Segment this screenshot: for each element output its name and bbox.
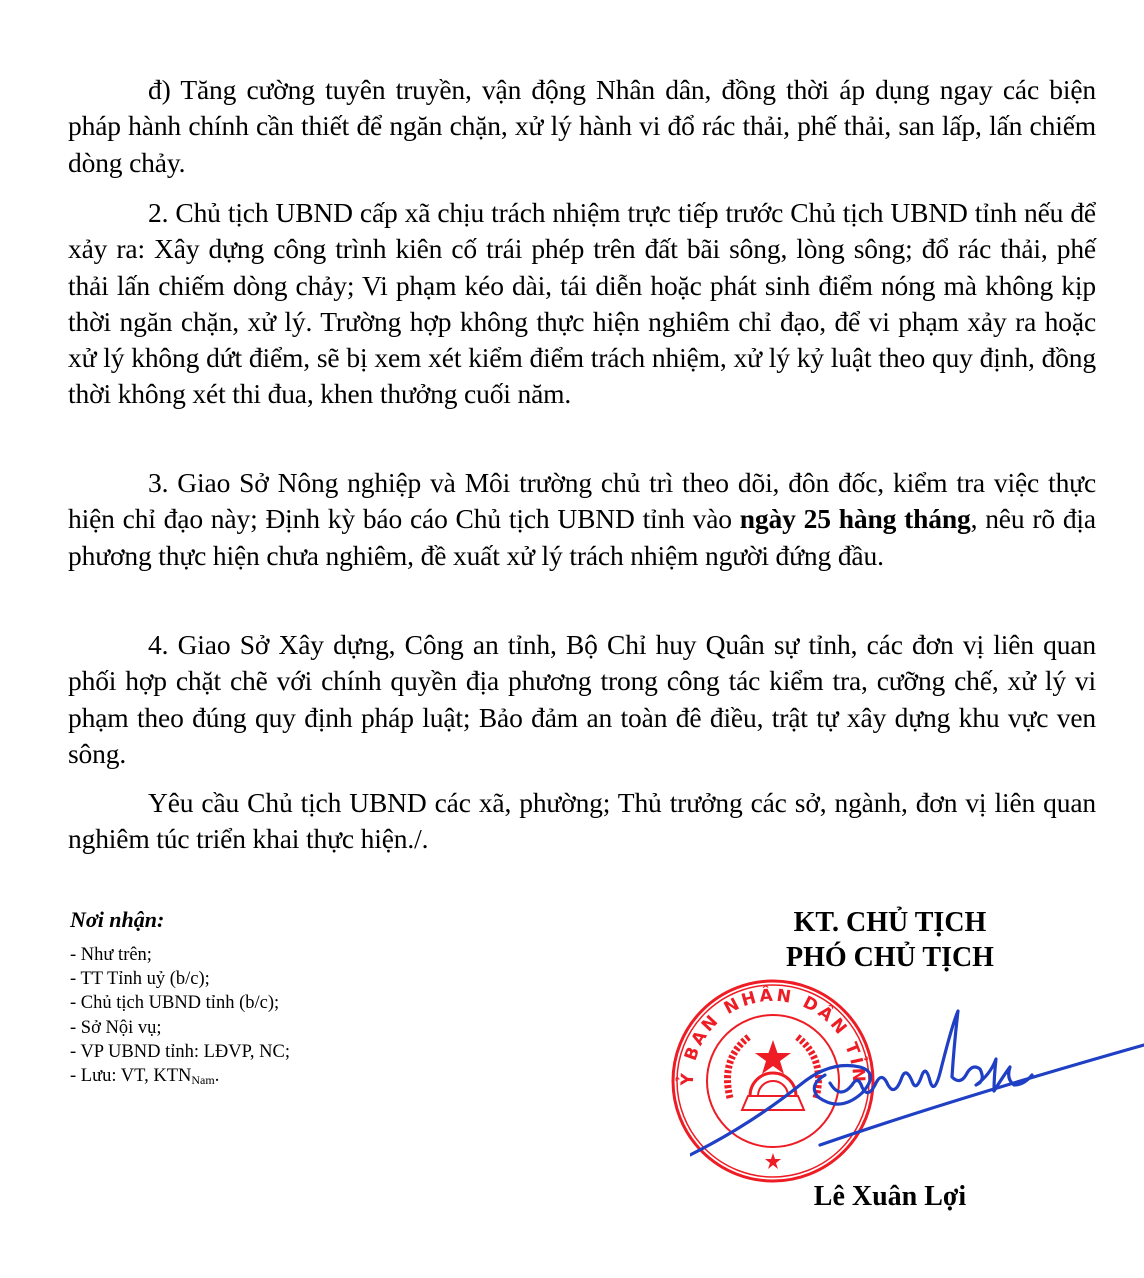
handwritten-signature bbox=[690, 1005, 1144, 1175]
paragraph-3: 3. Giao Sở Nông nghiệp và Môi trường chủ… bbox=[68, 465, 1096, 574]
signer-title-block: KT. CHỦ TỊCH PHÓ CHỦ TỊCH bbox=[700, 905, 1080, 975]
archive-text: - Lưu: VT, KTN bbox=[70, 1066, 191, 1086]
recipient-item-archive: - Lưu: VT, KTNNam. bbox=[70, 1064, 470, 1092]
recipient-item: - TT Tỉnh uỷ (b/c); bbox=[70, 967, 470, 991]
recipients-block: Nơi nhận: - Như trên; - TT Tỉnh uỷ (b/c)… bbox=[70, 905, 470, 1092]
paragraph-1d: đ) Tăng cường tuyên truyền, vận động Nhâ… bbox=[68, 72, 1096, 181]
signer-name: Lê Xuân Lợi bbox=[700, 1179, 1080, 1215]
recipients-title: Nơi nhận: bbox=[70, 905, 470, 935]
recipient-item: - Chủ tịch UBND tỉnh (b/c); bbox=[70, 991, 470, 1015]
signer-line-2: PHÓ CHỦ TỊCH bbox=[700, 940, 1080, 975]
signer-line-1: KT. CHỦ TỊCH bbox=[700, 905, 1080, 940]
archive-subscript: Nam bbox=[191, 1073, 214, 1087]
recipient-item: - Như trên; bbox=[70, 943, 470, 967]
recipient-item: - Sở Nội vụ; bbox=[70, 1016, 470, 1040]
document-page: đ) Tăng cường tuyên truyền, vận động Nhâ… bbox=[0, 0, 1144, 1278]
paragraph-4: 4. Giao Sở Xây dựng, Công an tỉnh, Bộ Ch… bbox=[68, 627, 1096, 772]
paragraph-2: 2. Chủ tịch UBND cấp xã chịu trách nhiệm… bbox=[68, 195, 1096, 413]
deadline-emphasis: ngày 25 hàng tháng bbox=[740, 503, 971, 534]
recipients-list: - Như trên; - TT Tỉnh uỷ (b/c); - Chủ tị… bbox=[70, 943, 470, 1092]
recipient-item: - VP UBND tỉnh: LĐVP, NC; bbox=[70, 1040, 470, 1064]
archive-suffix: . bbox=[215, 1066, 220, 1086]
closing-paragraph: Yêu cầu Chủ tịch UBND các xã, phường; Th… bbox=[68, 785, 1096, 858]
